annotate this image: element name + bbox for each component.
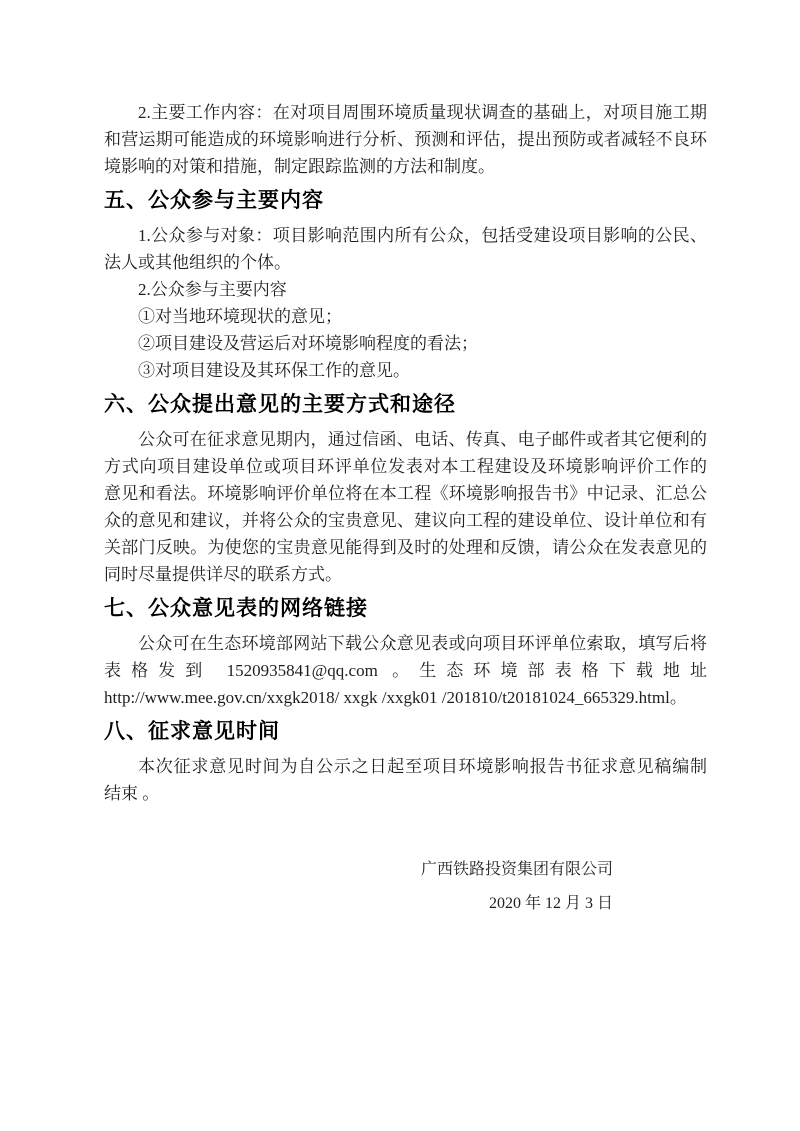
text-line: 2.主要工作内容：在对项目周围环境质量现状调查的基础上，对项目施工期 xyxy=(104,99,707,126)
text-line: 众的意见和建议，并将公众的宝贵意见、建议向工程的建设单位、设计单位和有 xyxy=(104,507,707,534)
text-line: 公众可在征求意见期内，通过信函、电话、传真、电子邮件或者其它便利的 xyxy=(104,426,707,453)
text-line: 公众可在生态环境部网站下载公众意见表或向项目环评单位索取，填写后将 xyxy=(104,630,707,657)
text-line: ③对项目建设及其环保工作的意见。 xyxy=(104,357,707,384)
heading-section-8-comment-period: 八、征求意见时间 xyxy=(104,717,707,747)
text-line: 法人或其他组织的个体。 xyxy=(104,249,707,276)
text-line: ①对当地环境现状的意见； xyxy=(104,303,707,330)
text-line: 同时尽量提供详尽的联系方式。 xyxy=(104,561,707,588)
heading-section-5-public-participation-content: 五、公众参与主要内容 xyxy=(104,186,707,216)
signature-company: 广西铁路投资集团有限公司 xyxy=(104,853,613,887)
heading-section-7-form-link: 七、公众意见表的网络链接 xyxy=(104,594,707,624)
text-line: 方式向项目建设单位或项目环评单位发表对本工程建设及环境影响评价工作的 xyxy=(104,453,707,480)
text-line: http://www.mee.gov.cn/xxgk2018/ xxgk /xx… xyxy=(104,684,707,711)
document-content: 2.主要工作内容：在对项目周围环境质量现状调查的基础上，对项目施工期和营运期可能… xyxy=(104,99,707,921)
para-form-link: 公众可在生态环境部网站下载公众意见表或向项目环评单位索取，填写后将表格发到 15… xyxy=(104,630,707,711)
heading-section-6-feedback-methods: 六、公众提出意见的主要方式和途径 xyxy=(104,390,707,420)
para-feedback-methods: 公众可在征求意见期内，通过信函、电话、传真、电子邮件或者其它便利的方式向项目建设… xyxy=(104,426,707,588)
text-line: 1.公众参与对象：项目影响范围内所有公众，包括受建设项目影响的公民、 xyxy=(104,222,707,249)
text-line: 表格发到 1520935841@qq.com 。生态环境部表格下载地址 xyxy=(104,657,707,684)
text-line: 本次征求意见时间为自公示之日起至项目环境影响报告书征求意见稿编制 xyxy=(104,753,707,780)
text-line: 境影响的对策和措施，制定跟踪监测的方法和制度。 xyxy=(104,153,707,180)
para-comment-period: 本次征求意见时间为自公示之日起至项目环境影响报告书征求意见稿编制结束 。 xyxy=(104,753,707,807)
para-main-work-content: 2.主要工作内容：在对项目周围环境质量现状调查的基础上，对项目施工期和营运期可能… xyxy=(104,99,707,180)
document-body: 2.主要工作内容：在对项目周围环境质量现状调查的基础上，对项目施工期和营运期可能… xyxy=(104,99,707,807)
para-participation-target: 1.公众参与对象：项目影响范围内所有公众，包括受建设项目影响的公民、法人或其他组… xyxy=(104,222,707,276)
text-line: 2.公众参与主要内容 xyxy=(104,276,707,303)
text-line: ②项目建设及营运后对环境影响程度的看法； xyxy=(104,330,707,357)
signature-date: 2020 年 12 月 3 日 xyxy=(104,887,613,921)
text-line: 关部门反映。为使您的宝贵意见能得到及时的处理和反馈，请公众在发表意见的 xyxy=(104,534,707,561)
text-line: 结束 。 xyxy=(104,780,707,807)
para-participation-items: 2.公众参与主要内容①对当地环境现状的意见；②项目建设及营运后对环境影响程度的看… xyxy=(104,276,707,384)
text-line: 和营运期可能造成的环境影响进行分析、预测和评估，提出预防或者减轻不良环 xyxy=(104,126,707,153)
document-page: 2.主要工作内容：在对项目周围环境质量现状调查的基础上，对项目施工期和营运期可能… xyxy=(0,0,800,1131)
text-line: 意见和看法。环境影响评价单位将在本工程《环境影响报告书》中记录、汇总公 xyxy=(104,480,707,507)
signature-block: 广西铁路投资集团有限公司 2020 年 12 月 3 日 xyxy=(104,853,707,921)
